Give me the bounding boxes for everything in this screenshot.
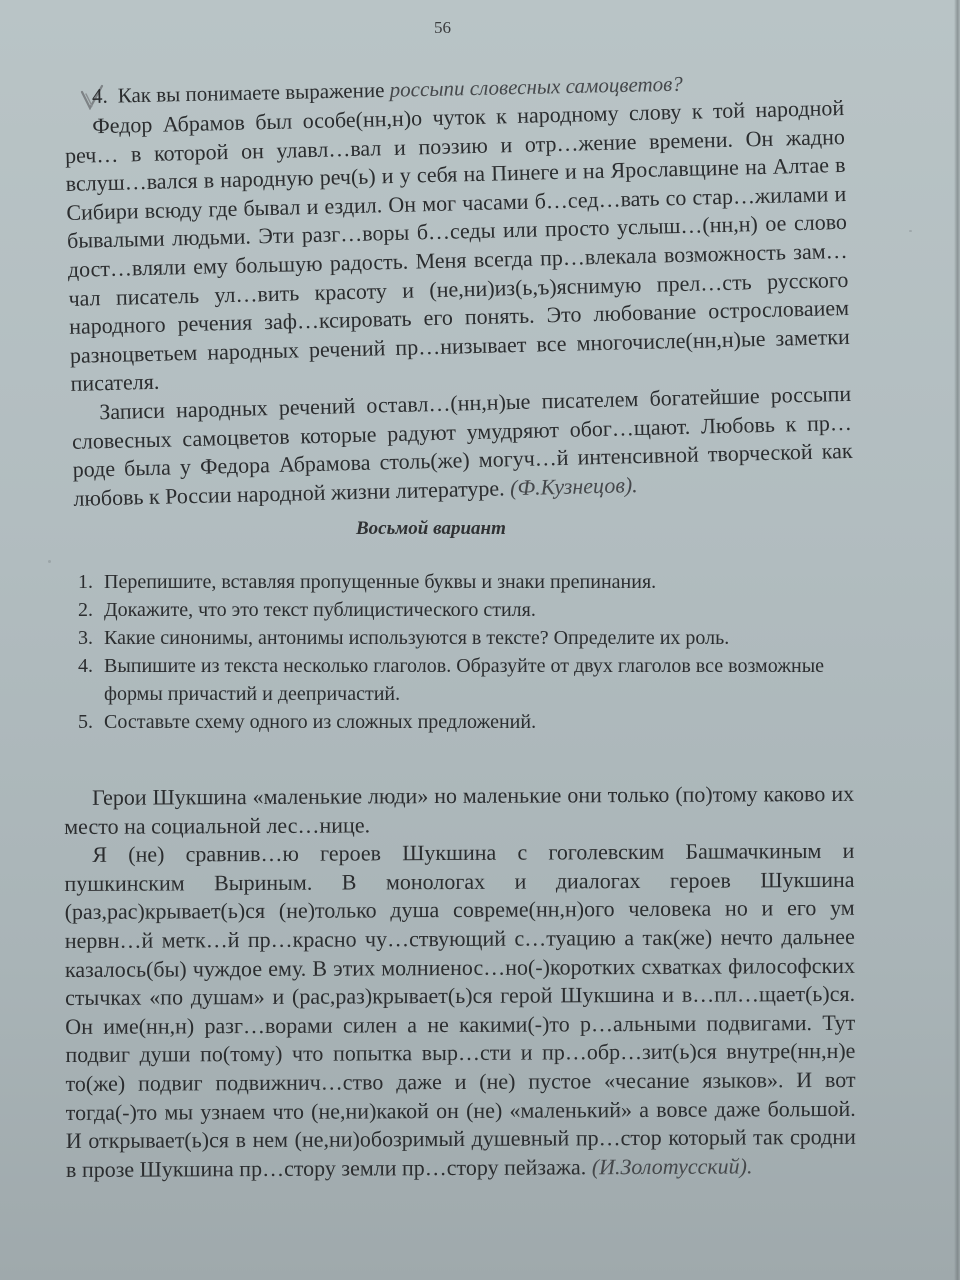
task-text: Выпишите из текста несколько глаголов. О… [104,652,878,708]
task-number: 5. [78,708,104,736]
task-item: 3.Какие синонимы, антонимы используются … [78,624,878,652]
task-number: 4. [78,652,104,708]
task-number: 2. [78,596,104,624]
paragraph-text: Я (не) сравнив…ю героев Шукшина с гоголе… [64,838,855,1182]
paper-speck [48,560,51,563]
paragraph: Я (не) сравнив…ю героев Шукшина с гоголе… [64,837,856,1184]
paragraph: Записи народных речений оставл…(нн,н)ые … [71,380,854,513]
task-number: 1. [78,568,104,596]
paragraph-text: Записи народных речений оставл…(нн,н)ые … [72,381,853,511]
section-title: Восьмой вариант [356,518,506,540]
question-text: Как вы понимаете выражение [117,78,389,108]
task-number: 3. [78,624,104,652]
question-end: ? [672,72,683,96]
passage-abramov: Федор Абрамов был особе(нн,н)о чуток к н… [64,94,854,513]
author-citation: (И.Золотусский). [592,1153,753,1179]
passage-shukshin: Герои Шукшина «маленькие люди» но малень… [64,780,856,1184]
task-text: Составьте схему одного из сложных предло… [104,708,878,736]
author-citation: (Ф.Кузнецов). [510,472,638,500]
question-emphasis: россыпи словесных самоцветов [389,72,672,102]
page-number: 56 [434,18,451,38]
question-number: 4. [92,84,108,108]
task-item: 2.Докажите, что это текст публицистическ… [78,596,878,624]
task-item: 5.Составьте схему одного из сложных пред… [78,708,878,736]
task-item: 1.Перепишите, вставляя пропущенные буквы… [78,568,878,596]
paper-speck [909,230,912,232]
task-list: 1.Перепишите, вставляя пропущенные буквы… [78,568,878,736]
task-text: Перепишите, вставляя пропущенные буквы и… [104,568,878,596]
page-edge-shadow [954,0,960,1280]
paragraph: Герои Шукшина «маленькие люди» но малень… [64,780,854,841]
paragraph: Федор Абрамов был особе(нн,н)о чуток к н… [64,94,851,399]
textbook-page: 56 4.Как вы понимаете выражение россыпи … [0,0,960,1280]
task-item: 4.Выпишите из текста несколько глаголов.… [78,652,878,708]
task-text: Какие синонимы, антонимы используются в … [104,624,878,652]
task-text: Докажите, что это текст публицистическог… [104,596,878,624]
